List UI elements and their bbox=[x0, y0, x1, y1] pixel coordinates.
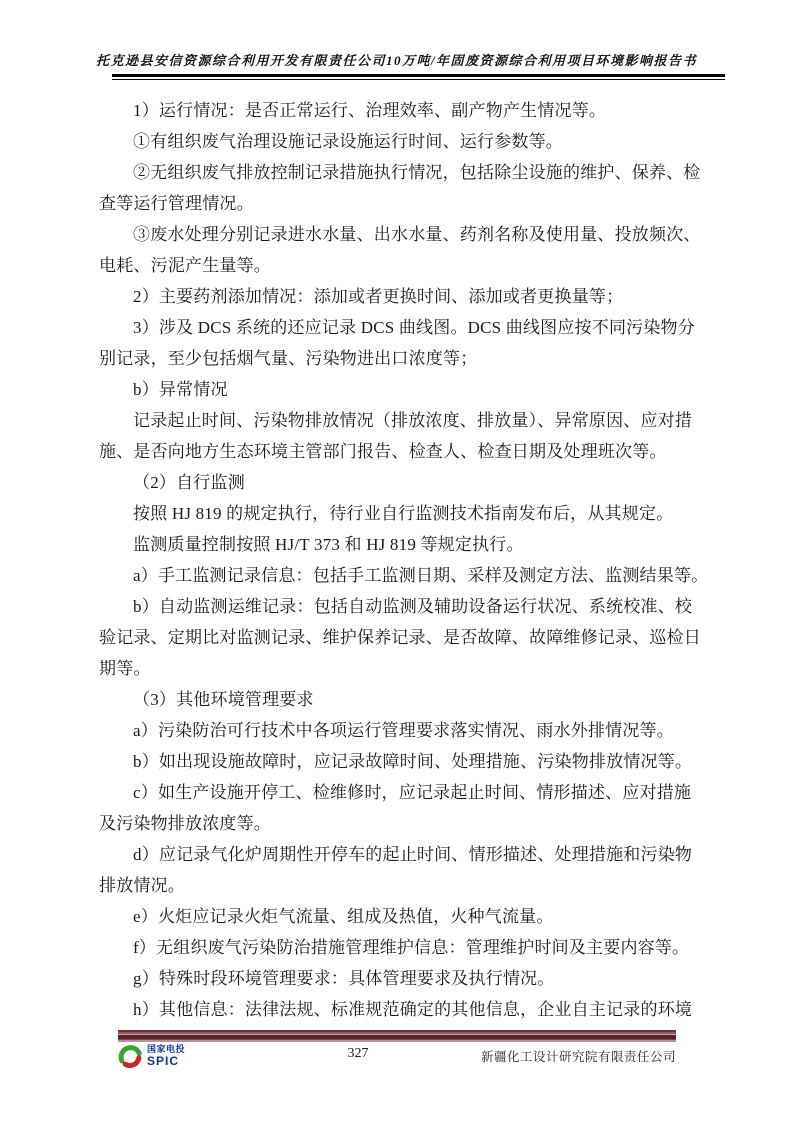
body-text-line: 期等。 bbox=[99, 653, 715, 684]
body-text-line: f）无组织废气污染防治措施管理维护信息：管理维护时间及主要内容等。 bbox=[99, 932, 715, 963]
body-text-line: ③废水处理分别记录进水水量、出水水量、药剂名称及使用量、投放频次、 bbox=[99, 219, 715, 250]
body-text-line: h）其他信息：法律法规、标准规范确定的其他信息，企业自主记录的环境 bbox=[99, 994, 715, 1025]
body-text-line: ①有组织废气治理设施记录设施运行时间、运行参数等。 bbox=[99, 126, 715, 157]
spic-brand-chinese: 国家电投 bbox=[147, 1045, 185, 1054]
body-text-line: 1）运行情况：是否正常运行、治理效率、副产物产生情况等。 bbox=[99, 95, 715, 126]
body-text-line: 记录起止时间、污染物排放情况（排放浓度、排放量）、异常原因、应对措 bbox=[99, 405, 715, 436]
body-text-line: 及污染物排放浓度等。 bbox=[99, 808, 715, 839]
body-text-line: 监测质量控制按照 HJ/T 373 和 HJ 819 等规定执行。 bbox=[99, 529, 715, 560]
body-text-line: b）如出现设施故障时，应记录故障时间、处理措施、污染物排放情况等。 bbox=[99, 746, 715, 777]
page-number: 327 bbox=[336, 1046, 380, 1062]
body-text-line: a）污染防治可行技术中各项运行管理要求落实情况、雨水外排情况等。 bbox=[99, 715, 715, 746]
body-text-line: （2）自行监测 bbox=[99, 467, 715, 498]
body-text-line: a）手工监测记录信息：包括手工监测日期、采样及测定方法、监测结果等。 bbox=[99, 560, 715, 591]
body-text-line: ②无组织废气排放控制记录措施执行情况，包括除尘设施的维护、保养、检 bbox=[99, 157, 715, 188]
spic-brand-english: SPIC bbox=[147, 1055, 185, 1067]
body-text-line: 验记录、定期比对监测记录、维护保养记录、是否故障、故障维修记录、巡检日 bbox=[99, 622, 715, 653]
body-text-line: 别记录，至少包括烟气量、污染物进出口浓度等； bbox=[99, 343, 715, 374]
body-text-line: 电耗、污泥产生量等。 bbox=[99, 250, 715, 281]
body-text-line: （3）其他环境管理要求 bbox=[99, 684, 715, 715]
body-text-line: g）特殊时段环境管理要求：具体管理要求及执行情况。 bbox=[99, 963, 715, 994]
body-text-line: b）自动监测运维记录：包括自动监测及辅助设备运行状况、系统校准、校 bbox=[99, 591, 715, 622]
body-text-line: 3）涉及 DCS 系统的还应记录 DCS 曲线图。DCS 曲线图应按不同污染物分 bbox=[99, 312, 715, 343]
spic-logo: 国家电投 SPIC bbox=[117, 1043, 185, 1069]
body-text-line: 施、是否向地方生态环境主管部门报告、检查人、检查日期及处理班次等。 bbox=[99, 436, 715, 467]
document-page: 托克逊县安信资源综合利用开发有限责任公司10万吨/年固废资源综合利用项目环境影响… bbox=[0, 0, 793, 1122]
body-text-line: b）异常情况 bbox=[99, 374, 715, 405]
body-text-line: c）如生产设施开停工、检维修时，应记录起止时间、情形描述、应对措施 bbox=[99, 777, 715, 808]
footer-divider bbox=[118, 1030, 676, 1042]
page-header-title: 托克逊县安信资源综合利用开发有限责任公司10万吨/年固废资源综合利用项目环境影响… bbox=[40, 50, 753, 69]
body-text-line: 查等运行管理情况。 bbox=[99, 188, 715, 219]
body-text-line: d）应记录气化炉周期性开停车的起止时间、情形描述、处理措施和污染物 bbox=[99, 839, 715, 870]
body-text-line: 排放情况。 bbox=[99, 870, 715, 901]
body-text: 1）运行情况：是否正常运行、治理效率、副产物产生情况等。①有组织废气治理设施记录… bbox=[99, 95, 715, 1025]
body-text-line: e）火炬应记录火炬气流量、组成及热值，火种气流量。 bbox=[99, 901, 715, 932]
body-text-line: 2）主要药剂添加情况：添加或者更换时间、添加或者更换量等； bbox=[99, 281, 715, 312]
footer-company-name: 新疆化工设计研究院有限责任公司 bbox=[400, 1047, 676, 1065]
body-text-line: 按照 HJ 819 的规定执行，待行业自行监测技术指南发布后，从其规定。 bbox=[99, 498, 715, 529]
spic-brand-text: 国家电投 SPIC bbox=[147, 1045, 185, 1067]
spic-swirl-icon bbox=[117, 1043, 143, 1069]
header-divider bbox=[112, 74, 725, 80]
